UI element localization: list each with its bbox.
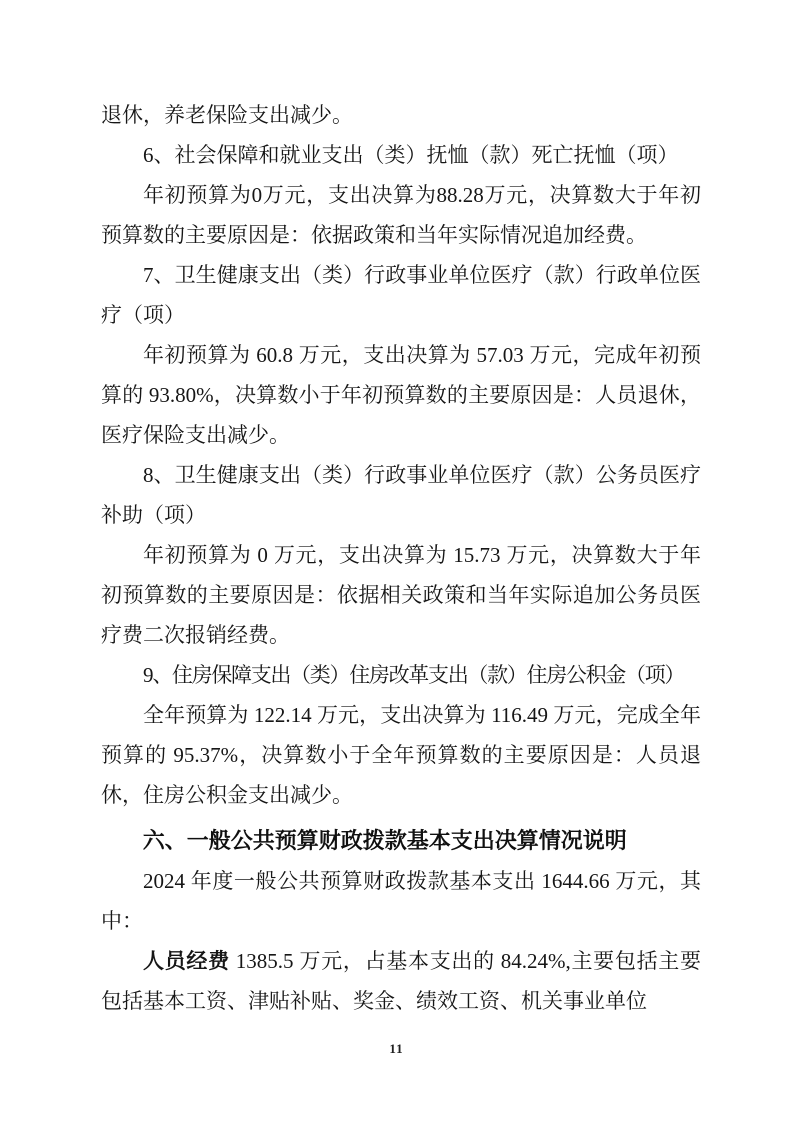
item9-title: 9、住房保障支出（类）住房改革支出（款）住房公积金（项）: [101, 655, 701, 695]
item7-title: 7、卫生健康支出（类）行政事业单位医疗（款）行政单位医疗（项）: [101, 255, 701, 335]
item6-title: 6、社会保障和就业支出（类）抚恤（款）死亡抚恤（项）: [101, 135, 701, 175]
page-content: 退休，养老保险支出减少。 6、社会保障和就业支出（类）抚恤（款）死亡抚恤（项） …: [101, 95, 701, 1021]
document-page: 退休，养老保险支出减少。 6、社会保障和就业支出（类）抚恤（款）死亡抚恤（项） …: [0, 0, 793, 1122]
item6-body: 年初预算为0万元，支出决算为88.28万元，决算数大于年初预算数的主要原因是：依…: [101, 175, 701, 255]
item7-body: 年初预算为 60.8 万元，支出决算为 57.03 万元，完成年初预算的 93.…: [101, 335, 701, 455]
section6-intro: 2024 年度一般公共预算财政拨款基本支出 1644.66 万元，其中：: [101, 861, 701, 941]
page-number: 11: [0, 1041, 793, 1057]
personnel-expense-paragraph: 人员经费 1385.5 万元，占基本支出的 84.24%,主要包括主要包括基本工…: [101, 941, 701, 1021]
section6-heading: 六、一般公共预算财政拨款基本支出决算情况说明: [101, 821, 701, 861]
item9-body: 全年预算为 122.14 万元，支出决算为 116.49 万元，完成全年预算的 …: [101, 695, 701, 815]
personnel-expense-label: 人员经费: [143, 949, 230, 973]
item8-body: 年初预算为 0 万元，支出决算为 15.73 万元，决算数大于年初预算数的主要原…: [101, 535, 701, 655]
paragraph-pension-carryover: 退休，养老保险支出减少。: [101, 95, 701, 135]
item8-title: 8、卫生健康支出（类）行政事业单位医疗（款）公务员医疗补助（项）: [101, 455, 701, 535]
